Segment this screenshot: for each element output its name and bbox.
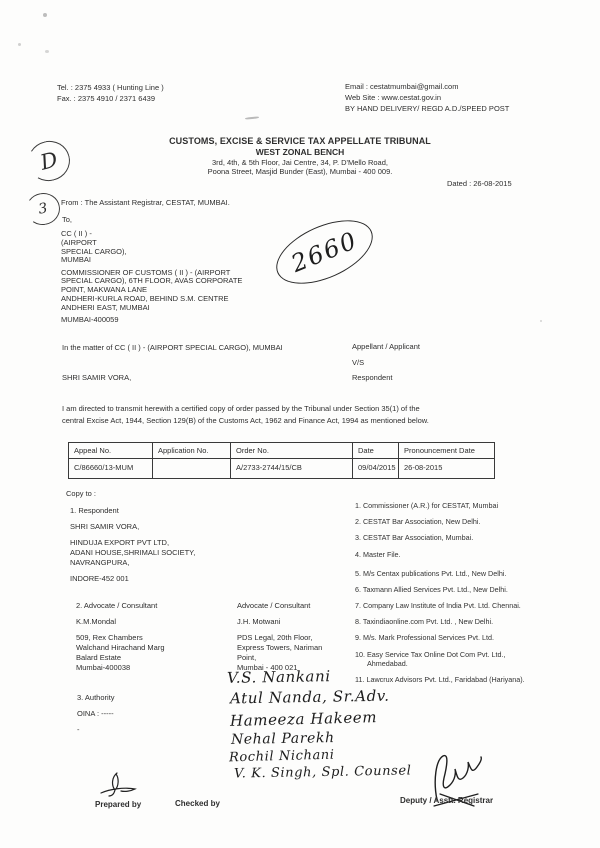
tribunal-title: CUSTOMS, EXCISE & SERVICE TAX APPELLATE … <box>100 136 500 146</box>
receipt-number-stamp: 2660 <box>267 207 382 296</box>
advocate-heading: 2. Advocate / Consultant <box>76 601 165 611</box>
margin-annotation-3: 3 <box>23 190 62 227</box>
order-table: Appeal No. Application No. Order No. Dat… <box>68 442 495 479</box>
handwritten-name: Nehal Parekh <box>231 730 335 748</box>
copy-list-item: 10. Easy Service Tax Online Dot Com Pvt.… <box>355 650 547 668</box>
prepared-by-label: Prepared by <box>95 800 141 809</box>
to-address-line: MUMBAI-400059 <box>61 316 242 325</box>
margin-annotation-d-letter: D <box>38 147 60 174</box>
advocate-address-line: Walchand Hirachand Marg <box>76 643 165 653</box>
handwritten-name: Rochil Nichani <box>229 748 335 766</box>
table-header-cell: Appeal No. <box>69 443 153 458</box>
copy-to-label: Copy to : <box>66 490 96 499</box>
matter-line: In the matter of CC ( II ) - (AIRPORT SP… <box>62 344 283 353</box>
scanned-document-page: Tel. : 2375 4933 ( Hunting Line ) Fax. :… <box>0 0 600 848</box>
advocate-address-line: Balard Estate <box>76 653 165 663</box>
copy-list-item: 4. Master File. <box>355 550 547 559</box>
copy-list: 1. Commissioner (A.R.) for CESTAT, Mumba… <box>355 501 547 691</box>
oina-line: OINA : ----- <box>77 709 115 719</box>
authority-block: 3. Authority OINA : ----- - <box>77 693 115 735</box>
to-address-line: MUMBAI <box>61 256 242 265</box>
from-line: From : The Assistant Registrar, CESTAT, … <box>61 199 230 208</box>
respondent-block: 1. Respondent SHRI SAMIR VORA, HINDUJA E… <box>70 506 195 584</box>
prepared-by-signature <box>94 770 142 800</box>
fax-line: Fax. : 2375 4910 / 2371 6439 <box>57 95 155 104</box>
copy-list-item: 6. Taxmann Allied Services Pvt. Ltd., Ne… <box>355 585 547 594</box>
tribunal-address-line2: Poona Street, Masjid Bunder (East), Mumb… <box>100 168 500 177</box>
table-data-cell <box>153 459 231 478</box>
to-label: To, <box>62 216 72 225</box>
scan-speck <box>43 13 47 17</box>
email-line: Email : cestatmumbai@gmail.com <box>345 83 458 92</box>
scan-speck <box>245 116 259 119</box>
receipt-number: 2660 <box>287 226 362 278</box>
respondent-name: SHRI SAMIR VORA, <box>62 374 131 383</box>
transmittal-paragraph: I am directed to transmit herewith a cer… <box>62 403 444 426</box>
advocate-name: K.M.Mondal <box>76 617 165 627</box>
copy-list-item: 11. Lawcrux Advisors Pvt. Ltd., Faridaba… <box>355 675 547 684</box>
scan-speck <box>18 43 21 46</box>
handwritten-name: V. K. Singh, Spl. Counsel <box>234 763 412 781</box>
table-data-cell: A/2733-2744/15/CB <box>231 459 353 478</box>
checked-by-label: Checked by <box>175 799 220 808</box>
scan-speck <box>540 320 542 322</box>
respondent-heading: 1. Respondent <box>70 506 195 516</box>
table-data-cell: C/86660/13-MUM <box>69 459 153 478</box>
advocate-mid-block: Advocate / Consultant J.H. Motwani PDS L… <box>237 601 322 673</box>
advocate-address-line: Point, <box>237 653 322 663</box>
respondent-name-line: SHRI SAMIR VORA, <box>70 522 195 532</box>
advocate-name: J.H. Motwani <box>237 617 322 627</box>
respondent-address-line: HINDUJA EXPORT PVT LTD, <box>70 538 195 548</box>
authority-heading: 3. Authority <box>77 693 115 703</box>
handwritten-name: Hameeza Hakeem <box>230 708 378 730</box>
table-header-cell: Application No. <box>153 443 231 458</box>
advocate-address-line: Express Towers, Nariman <box>237 643 322 653</box>
copy-list-item: 7. Company Law Institute of India Pvt. L… <box>355 601 547 610</box>
advocate-left-block: 2. Advocate / Consultant K.M.Mondal 509,… <box>76 601 165 673</box>
date-line: Dated : 26-08-2015 <box>447 180 512 189</box>
copy-list-item: 1. Commissioner (A.R.) for CESTAT, Mumba… <box>355 501 547 510</box>
handwritten-name: Atul Nanda, Sr.Adv. <box>230 687 390 708</box>
tel-line: Tel. : 2375 4933 ( Hunting Line ) <box>57 84 164 93</box>
scan-speck <box>45 50 49 53</box>
table-data-cell: 26-08-2015 <box>399 459 494 478</box>
registrar-label: Deputy / Asstt. Registrar <box>400 796 493 805</box>
respondent-city-line: INDORE-452 001 <box>70 574 195 584</box>
table-row: C/86660/13-MUM A/2733-2744/15/CB 09/04/2… <box>69 459 494 478</box>
table-header-cell: Date <box>353 443 399 458</box>
advocate-address-line: PDS Legal, 20th Floor, <box>237 633 322 643</box>
bench-title: WEST ZONAL BENCH <box>100 148 500 158</box>
copy-list-item: 2. CESTAT Bar Association, New Delhi. <box>355 517 547 526</box>
vs-label: V/S <box>352 359 364 368</box>
dash-mark: - <box>77 725 115 735</box>
advocate-heading: Advocate / Consultant <box>237 601 322 611</box>
advocate-address-line: 509, Rex Chambers <box>76 633 165 643</box>
to-address-block: CC ( II ) - (AIRPORT SPECIAL CARGO), MUM… <box>61 230 242 325</box>
table-header-cell: Order No. <box>231 443 353 458</box>
margin-annotation-3-digit: 3 <box>37 200 49 217</box>
handwritten-name: V.S. Nankani <box>227 667 331 687</box>
website-line: Web Site : www.cestat.gov.in <box>345 94 441 103</box>
copy-list-item: 3. CESTAT Bar Association, Mumbai. <box>355 533 547 542</box>
copy-list-item: 8. Taxindiaonline.com Pvt. Ltd. , New De… <box>355 617 547 626</box>
to-address-line: ANDHERI EAST, MUMBAI <box>61 304 242 313</box>
table-header-cell: Pronouncement Date <box>399 443 494 458</box>
respondent-address-line: NAVRANGPURA, <box>70 558 195 568</box>
respondent-label: Respondent <box>352 374 392 383</box>
copy-list-item: 5. M/s Centax publications Pvt. Ltd., Ne… <box>355 569 547 578</box>
margin-annotation-d: D <box>24 137 74 186</box>
delivery-mode-line: BY HAND DELIVERY/ REGD A.D./SPEED POST <box>345 105 509 114</box>
respondent-address-line: ADANI HOUSE,SHRIMALI SOCIETY, <box>70 548 195 558</box>
appellant-label: Appellant / Applicant <box>352 343 420 352</box>
table-header-row: Appeal No. Application No. Order No. Dat… <box>69 443 494 459</box>
advocate-address-line: Mumbai-400038 <box>76 663 165 673</box>
copy-list-item: 9. M/s. Mark Professional Services Pvt. … <box>355 633 547 642</box>
table-data-cell: 09/04/2015 <box>353 459 399 478</box>
